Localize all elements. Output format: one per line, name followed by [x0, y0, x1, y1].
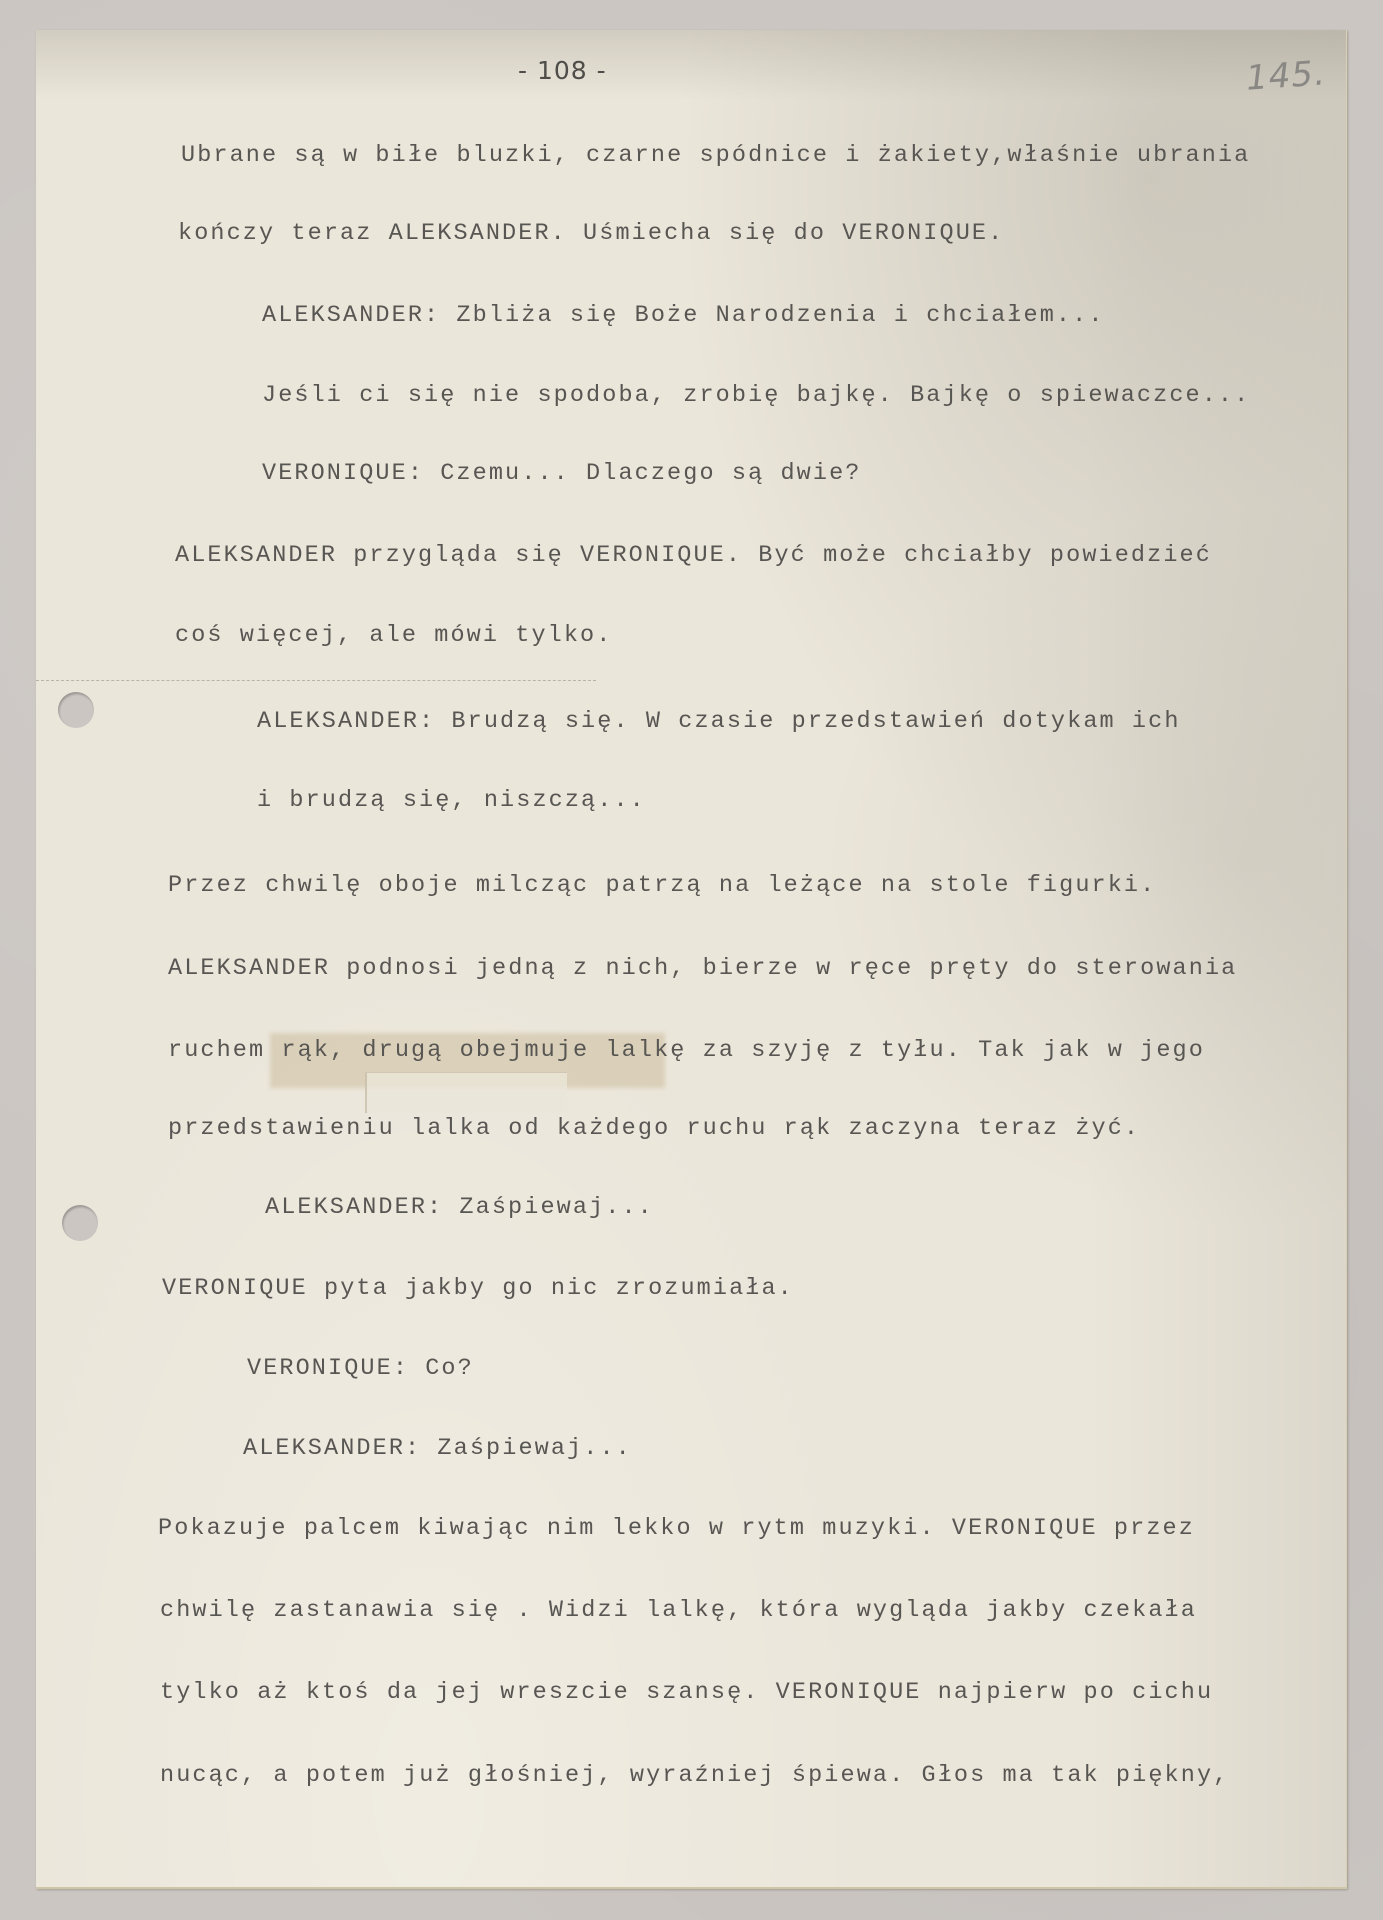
dialogue-line: VERONIQUE: Co?: [247, 1357, 474, 1381]
text-line: przedstawieniu lalka od każdego ruchu rą…: [168, 1117, 1140, 1141]
dialogue-line: VERONIQUE: Czemu... Dlaczego są dwie?: [262, 462, 862, 486]
dialogue-line: ALEKSANDER: Brudzą się. W czasie przedst…: [257, 710, 1181, 734]
dialogue-line: ALEKSANDER: Zbliża się Boże Narodzenia i…: [262, 304, 1105, 328]
text-line: ALEKSANDER podnosi jedną z nich, bierze …: [168, 957, 1237, 981]
text-line: ruchem rąk, drugą obejmuje lalkę za szyj…: [168, 1039, 1205, 1063]
text-line: Przez chwilę oboje milcząc patrzą na leż…: [168, 874, 1156, 898]
text-line: VERONIQUE pyta jakby go nic zrozumiała.: [162, 1277, 794, 1301]
dialogue-line: ALEKSANDER: Zaśpiewaj...: [265, 1196, 654, 1220]
page-number: - 108 -: [518, 56, 607, 85]
handwritten-archive-number: 145.: [1245, 53, 1327, 98]
punch-hole-lower: [62, 1205, 98, 1241]
text-line: chwilę zastanawia się . Widzi lalkę, któ…: [160, 1599, 1197, 1623]
dialogue-line: i brudzą się, niszczą...: [257, 789, 646, 813]
text-line: tylko aż ktoś da jej wreszcie szansę. VE…: [160, 1681, 1213, 1705]
text-line: ALEKSANDER przygląda się VERONIQUE. Być …: [175, 544, 1212, 568]
text-line: Pokazuje palcem kiwając nim lekko w rytm…: [158, 1517, 1195, 1541]
punch-hole-upper: [58, 692, 94, 728]
paper-stain-mark: [365, 1072, 567, 1113]
dialogue-line: ALEKSANDER: Zaśpiewaj...: [243, 1437, 632, 1461]
dialogue-line: Jeśli ci się nie spodoba, zrobię bajkę. …: [262, 384, 1250, 408]
text-line: nucąc, a potem już głośniej, wyraźniej ś…: [160, 1764, 1229, 1788]
text-line: kończy teraz ALEKSANDER. Uśmiecha się do…: [178, 222, 1004, 246]
text-line: coś więcej, ale mówi tylko.: [175, 624, 612, 648]
text-line: Ubrane są w biłe bluzki, czarne spódnice…: [181, 144, 1250, 168]
fold-crease: [36, 680, 596, 681]
